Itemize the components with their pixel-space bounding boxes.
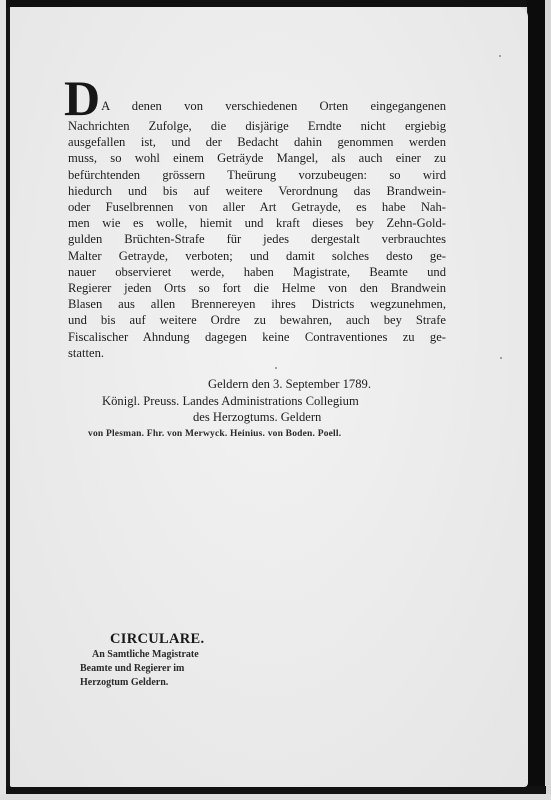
signatories: von Plesman. Fhr. von Merwyck. Heinius. …: [68, 426, 446, 443]
body-line: A denen von verschiedenen Orten eingegan…: [68, 76, 446, 114]
circulare-title: CIRCULARE.: [80, 630, 204, 648]
paper-speck: [499, 55, 501, 57]
body-line: muss, so wohl einem Geträyde Mangel, als…: [68, 150, 446, 166]
body-line: Regierer jeden Orts so fort die Helme vo…: [68, 280, 446, 296]
body-line: statten.: [68, 345, 446, 361]
decree-body: D A denen von verschiedenen Orten eingeg…: [68, 76, 446, 361]
circulare-recipient-line: An Samtliche Magistrate: [80, 648, 204, 662]
issuing-authority-line-2: des Herzogtums. Geldern: [68, 409, 446, 426]
paper-speck: [500, 357, 502, 359]
body-line: Blasen aus allen Brennereyen ihres Distr…: [68, 296, 446, 312]
drop-cap-initial: D: [64, 76, 100, 118]
signature-block: Geldern den 3. September 1789. Königl. P…: [68, 376, 446, 442]
scan-right-margin: [545, 0, 551, 800]
scan-right-border: [527, 0, 545, 800]
scan-bottom-margin: [0, 794, 551, 800]
paper-speck: [275, 367, 277, 369]
body-line: befürchtenden grössern Theürung vorzubeu…: [68, 167, 446, 183]
body-line: oder Fuselbrennen von aller Art Getrayde…: [68, 199, 446, 215]
body-line: Malter Getrayde, verboten; und damit sol…: [68, 248, 446, 264]
body-line: und bis auf weitere Ordre zu bewahren, a…: [68, 312, 446, 328]
scan-top-border: [6, 0, 546, 7]
issuing-authority: Königl. Preuss. Landes Administrations C…: [68, 393, 446, 410]
place-date: Geldern den 3. September 1789.: [68, 376, 446, 393]
body-line: Nachrichten Zufolge, die disjärige Erndt…: [68, 118, 446, 134]
body-line: ausgefallen ist, und der Bedacht dahin g…: [68, 134, 446, 150]
body-line: hiedurch und bis auf weitere Verordnung …: [68, 183, 446, 199]
body-line: men wie es wolle, hiemit und kraft diese…: [68, 215, 446, 231]
body-line: Fiscalischer Ahndung dagegen keine Contr…: [68, 329, 446, 345]
circulare-recipient-line: Herzogtum Geldern.: [80, 676, 204, 690]
body-line: gulden Brüchten-Strafe für jedes dergest…: [68, 231, 446, 247]
circulare-address-block: CIRCULARE. An Samtliche Magistrate Beamt…: [80, 630, 204, 690]
body-line: nauer observieret werde, haben Magistrat…: [68, 264, 446, 280]
scan-bottom-border: [6, 786, 546, 794]
circulare-recipient-line: Beamte und Regierer im: [80, 662, 204, 676]
